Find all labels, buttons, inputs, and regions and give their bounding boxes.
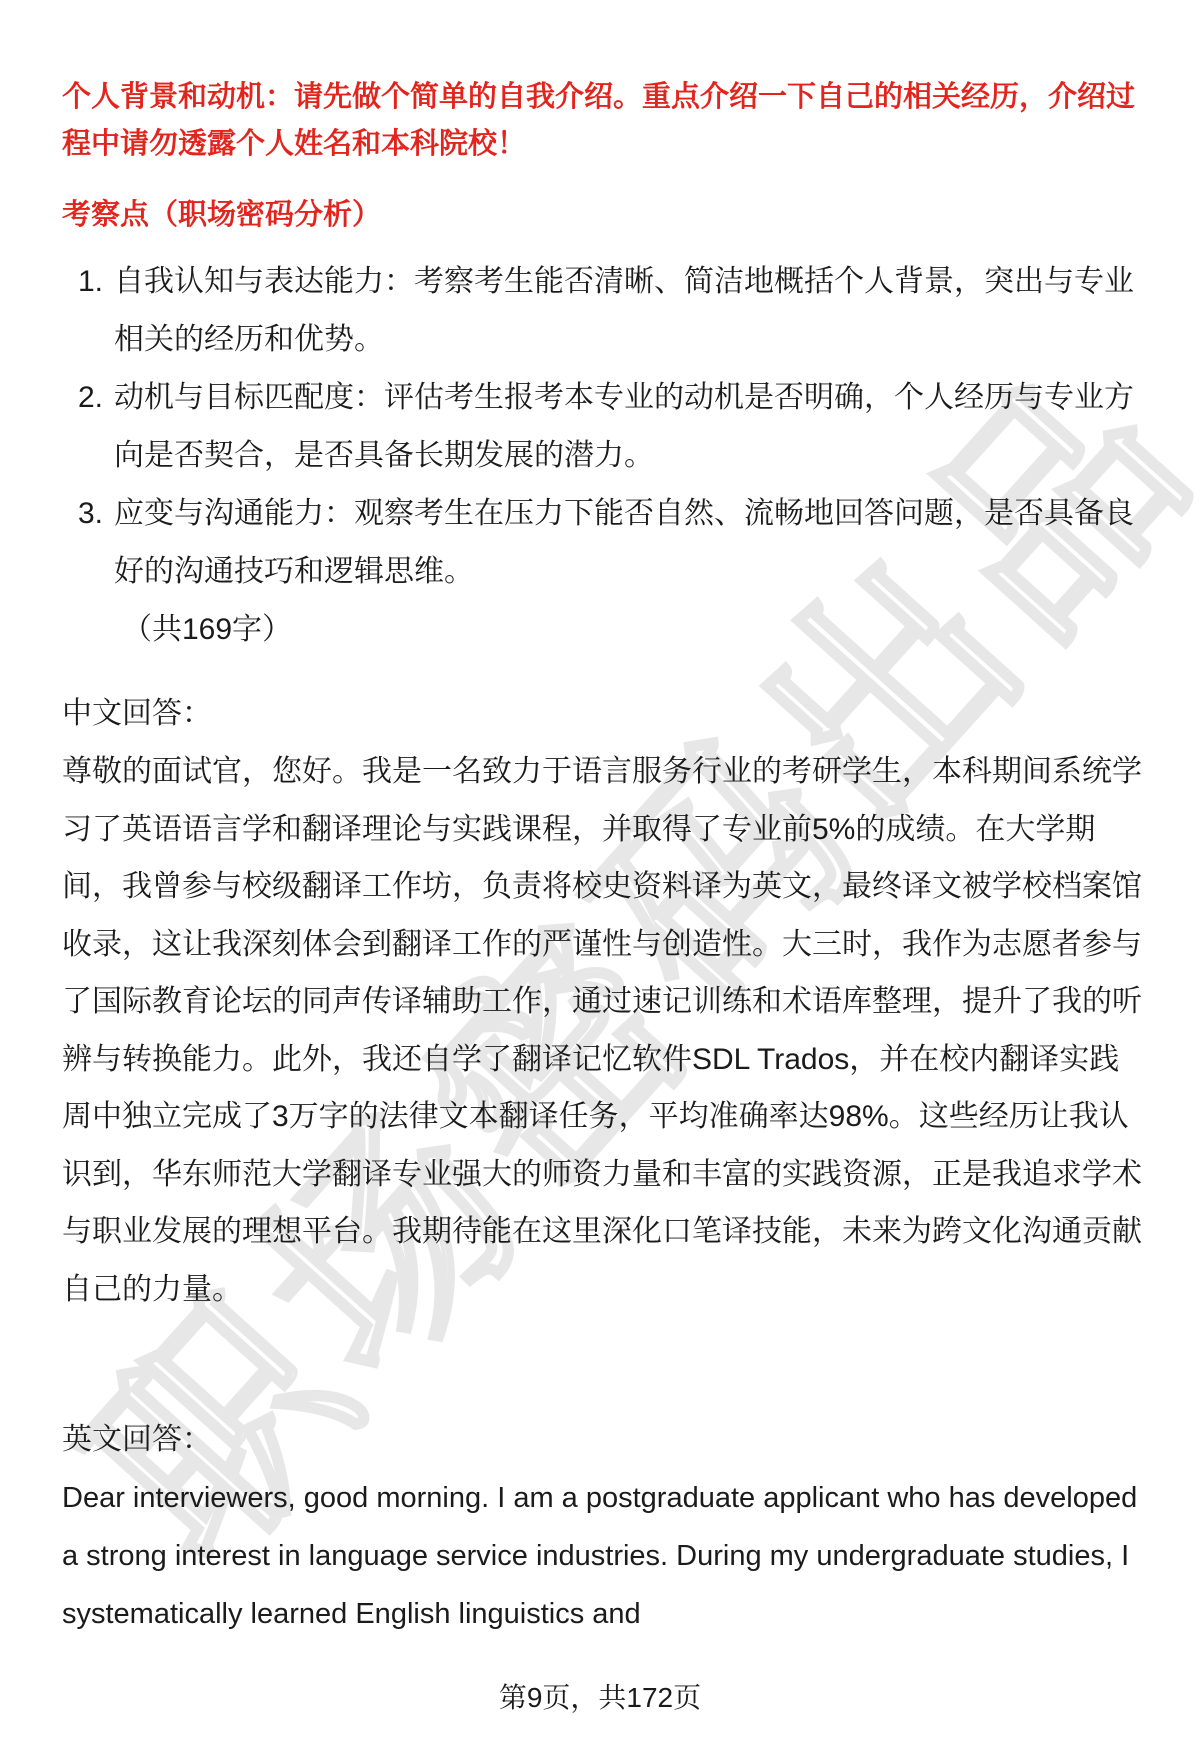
page-content: 个人背景和动机：请先做个简单的自我介绍。重点介绍一下自己的相关经历，介绍过程中请… — [0, 0, 1200, 1643]
point-text: 应变与沟通能力：观察考生在压力下能否自然、流畅地回答问题，是否具备良好的沟通技巧… — [114, 485, 1144, 601]
point-number: 2. — [62, 369, 114, 427]
assessment-point-2: 2. 动机与目标匹配度：评估考生报考本专业的动机是否明确，个人经历与专业方向是否… — [62, 369, 1144, 485]
question-heading: 个人背景和动机：请先做个简单的自我介绍。重点介绍一下自己的相关经历，介绍过程中请… — [62, 74, 1144, 168]
assessment-point-3: 3. 应变与沟通能力：观察考生在压力下能否自然、流畅地回答问题，是否具备良好的沟… — [62, 485, 1144, 601]
point-text: 自我认知与表达能力：考察考生能否清晰、简洁地概括个人背景，突出与专业相关的经历和… — [114, 253, 1144, 369]
chinese-answer-label: 中文回答： — [62, 685, 1144, 743]
english-answer-label: 英文回答： — [62, 1411, 1144, 1469]
assessment-points-list: 1. 自我认知与表达能力：考察考生能否清晰、简洁地概括个人背景，突出与专业相关的… — [62, 253, 1144, 601]
point-text: 动机与目标匹配度：评估考生报考本专业的动机是否明确，个人经历与专业方向是否契合，… — [114, 369, 1144, 485]
assessment-heading: 考察点（职场密码分析） — [62, 192, 1144, 239]
english-answer-paragraph: Dear interviewers, good morning. I am a … — [62, 1469, 1144, 1643]
assessment-point-1: 1. 自我认知与表达能力：考察考生能否清晰、简洁地概括个人背景，突出与专业相关的… — [62, 253, 1144, 369]
page-footer: 第9页，共172页 — [0, 1678, 1200, 1718]
chinese-answer-paragraph: 尊敬的面试官，您好。我是一名致力于语言服务行业的考研学生，本科期间系统学习了英语… — [62, 743, 1144, 1318]
point-number: 1. — [62, 253, 114, 311]
word-count-note: （共169字） — [62, 601, 1144, 659]
point-number: 3. — [62, 485, 114, 543]
document-page: 职场密码出品 个人背景和动机：请先做个简单的自我介绍。重点介绍一下自己的相关经历… — [0, 0, 1200, 1755]
